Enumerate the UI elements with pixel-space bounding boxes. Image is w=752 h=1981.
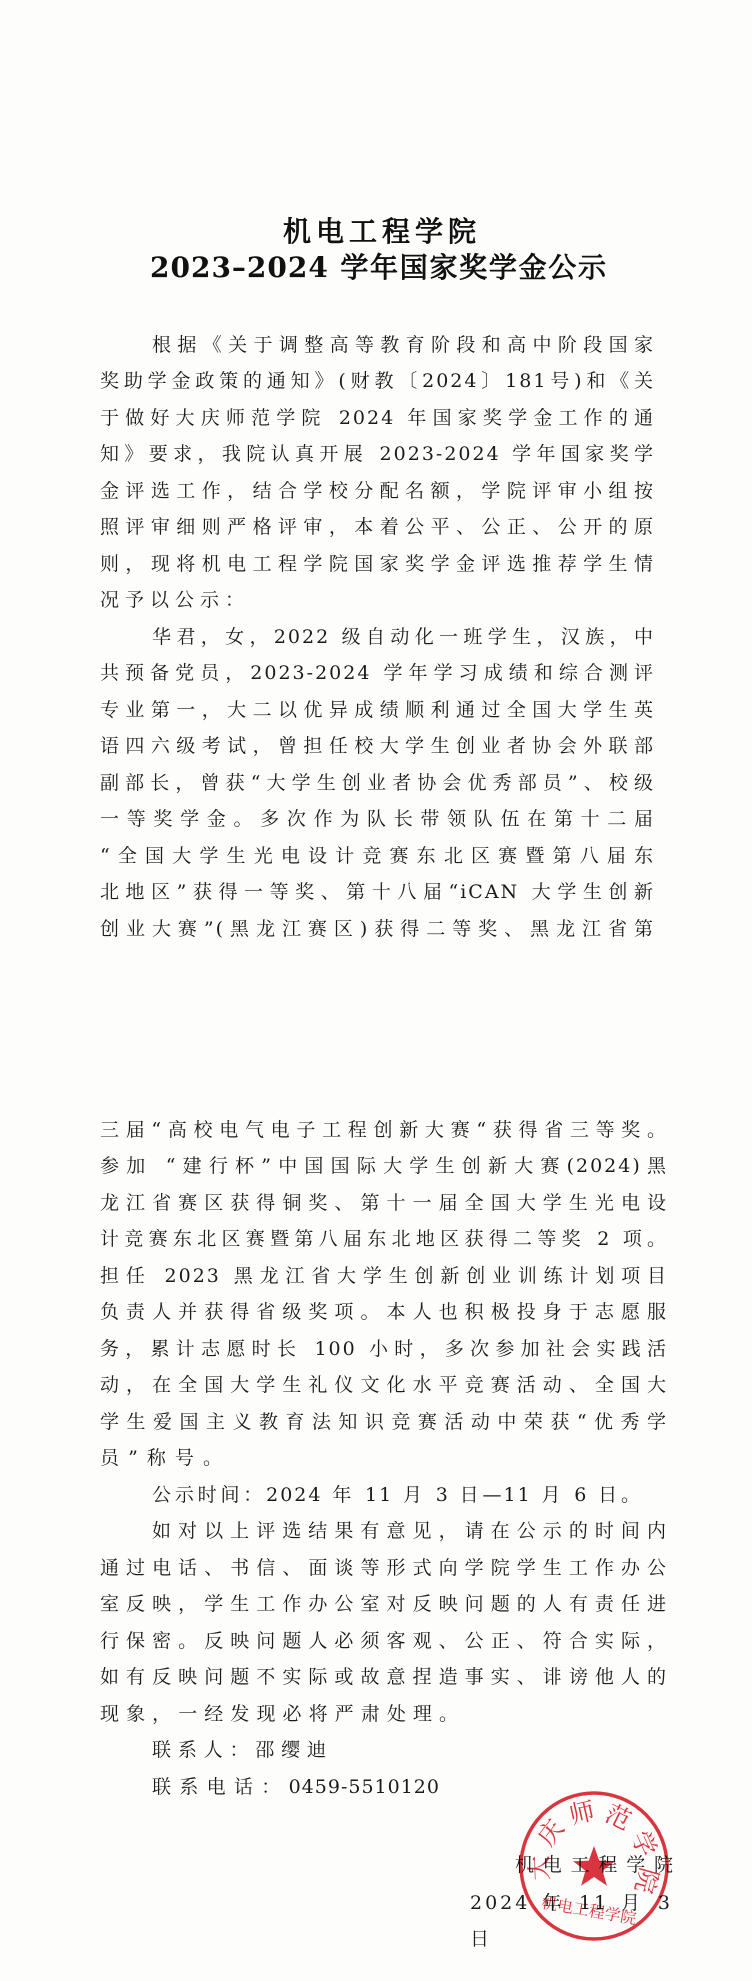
text-line: 华君，女，2022 级自动化一班学生，汉族，中 [152,619,655,656]
text-line: 学生爱国主义教育法知识竞赛活动中荣获“优秀学 [100,1404,668,1441]
text-line: 动，在全国大学生礼仪文化水平竞赛活动、全国大 [100,1367,668,1404]
text-line: 计竞赛东北区赛暨第八届东北地区获得二等奖 2 项。 [100,1221,668,1258]
text-line: 通过电话、书信、面谈等形式向学院学生工作办公 [100,1550,668,1587]
text-line: 担任 2023 黑龙江省大学生创新创业训练计划项目 [100,1258,668,1295]
official-seal: 大庆师范学院 机电工程学院 [514,1786,674,1946]
contact-person: 联系人：邵缨迪 [152,1732,328,1769]
text-line: 龙江省赛区获得铜奖、第十一届全国大学生光电设 [100,1185,668,1222]
text-line: 参加 “建行杯”中国国际大学生创新大赛(2024)黑 [100,1148,668,1185]
text-line: 室反映，学生工作办公室对反映问题的人有责任进 [100,1586,668,1623]
publicity-period: 公示时间：2024 年 11 月 3 日—11 月 6 日。 [152,1477,642,1514]
text-line: 奖助学金政策的通知》(财教〔2024〕181号)和《关 [100,363,655,400]
text-line: 专业第一，大二以优异成绩顺利通过全国大学生英 [100,692,655,729]
text-line: 务，累计志愿时长 100 小时，多次参加社会实践活 [100,1331,668,1368]
text-line: 则，现将机电工程学院国家奖学金评选推荐学生情 [100,546,655,583]
text-line: 行保密。反映问题人必须客观、公正、符合实际， [100,1623,668,1660]
contact-person-name: 邵缨迪 [255,1739,328,1761]
contact-phone-number: 0459-5510120 [289,1776,440,1798]
star-icon [573,1846,615,1886]
document-subtitle: 2023–2024 学年国家奖学金公示 [150,250,607,286]
feedback-paragraph: 如对以上评选结果有意见，请在公示的时间内 通过电话、书信、面谈等形式向学院学生工… [100,1513,668,1732]
text-line: 于做好大庆师范学院 2024 年国家奖学金工作的通 [100,400,655,437]
text-line: 语四六级考试，曾担任校大学生创业者协会外联部 [100,728,655,765]
contact-phone-label: 联系电话： [152,1776,289,1798]
text-line: 副部长，曾获“大学生创业者协会优秀部员”、校级 [100,765,655,802]
text-line: 三届“高校电气电子工程创新大赛“获得省三等奖。 [100,1112,668,1149]
text-line: 金评选工作，结合学校分配名额，学院评审小组按 [100,473,655,510]
text-line: 知》要求，我院认真开展 2023-2024 学年国家奖学 [100,436,655,473]
text-line: 如对以上评选结果有意见，请在公示的时间内 [152,1513,668,1550]
text-line: 根据《关于调整高等教育阶段和高中阶段国家 [152,327,655,364]
intro-paragraph: 根据《关于调整高等教育阶段和高中阶段国家 奖助学金政策的通知》(财教〔2024〕… [100,327,655,619]
text-line: 北地区”获得一等奖、第十八届“iCAN 大学生创新 [100,874,655,911]
contact-phone: 联系电话：0459-5510120 [152,1769,440,1806]
seal-inner-text: 机电工程学院 [540,1893,638,1928]
text-line: 一等奖学金。多次作为队长带领队伍在第十二届 [100,801,655,838]
nominee-paragraph-part2: 三届“高校电气电子工程创新大赛“获得省三等奖。 参加 “建行杯”中国国际大学生创… [100,1112,668,1477]
text-line: 现象，一经发现必将严肃处理。 [100,1696,460,1733]
page2-body: 三届“高校电气电子工程创新大赛“获得省三等奖。 参加 “建行杯”中国国际大学生创… [100,1112,668,1806]
text-line: 况予以公示： [100,582,246,619]
text-line: 如有反映问题不实际或故意捏造事实、诽谤他人的 [100,1659,668,1696]
contact-person-label: 联系人： [152,1739,255,1761]
page1-body: 根据《关于调整高等教育阶段和高中阶段国家 奖助学金政策的通知》(财教〔2024〕… [100,327,655,948]
text-line: 负责人并获得省级奖项。本人也积极投身于志愿服 [100,1294,668,1331]
text-line: 员”称号。 [100,1440,224,1477]
text-line: 共预备党员，2023-2024 学年学习成绩和综合测评 [100,655,655,692]
text-line: 照评审细则严格评审，本着公平、公正、公开的原 [100,509,655,546]
document-title: 机电工程学院 [283,214,477,250]
nominee-paragraph-part1: 华君，女，2022 级自动化一班学生，汉族，中 共预备党员，2023-2024 … [100,619,655,948]
text-line: “全国大学生光电设计竞赛东北区赛暨第八届东 [100,838,655,875]
text-line: 创业大赛”(黑龙江赛区)获得二等奖、黑龙江省第 [100,911,655,948]
